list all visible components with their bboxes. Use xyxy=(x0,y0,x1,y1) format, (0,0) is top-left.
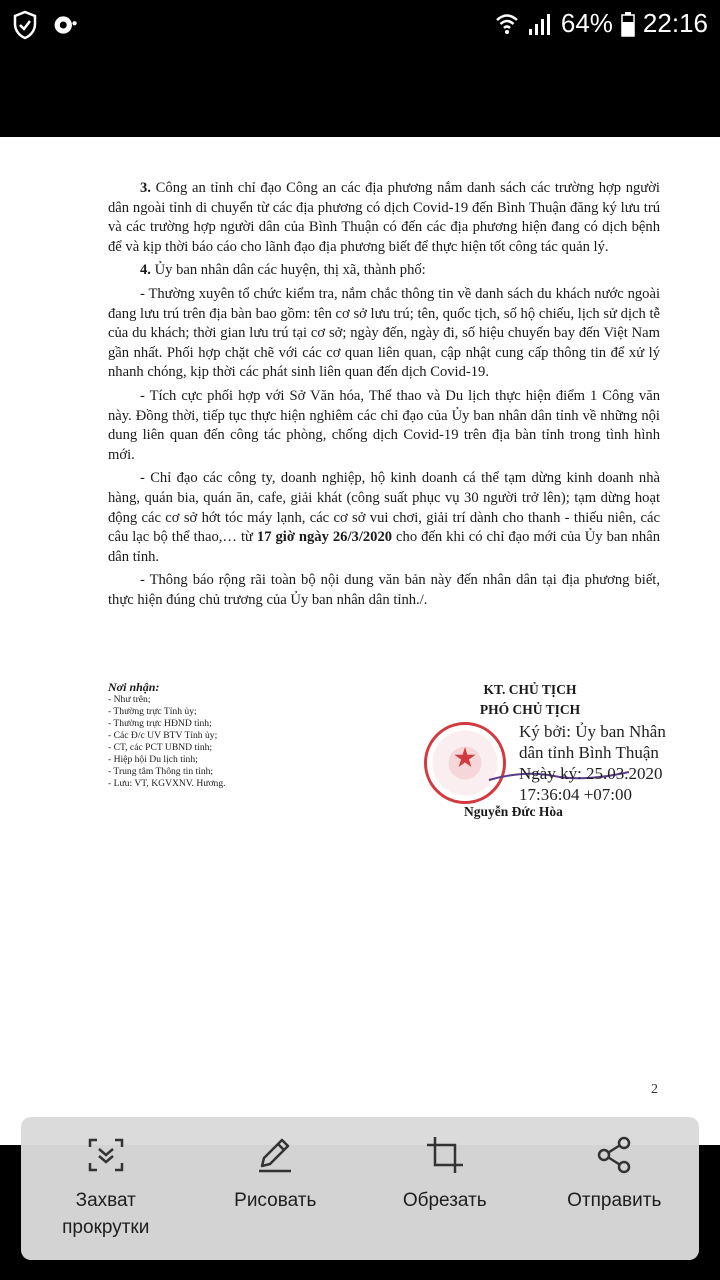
share-button[interactable]: Отправить xyxy=(530,1117,700,1260)
paragraph-4-item-1: - Thường xuyên tổ chức kiểm tra, nắm chắ… xyxy=(108,285,660,383)
recipient: - Trung tâm Thông tin tỉnh; xyxy=(108,766,348,778)
recipient: - Hiệp hội Du lịch tỉnh; xyxy=(108,754,348,766)
document-body: 3. Công an tỉnh chỉ đạo Công an các địa … xyxy=(108,179,660,614)
pencil-icon xyxy=(255,1135,295,1175)
sync-icon xyxy=(52,10,78,40)
scroll-capture-button[interactable]: Захват прокрутки xyxy=(21,1117,191,1260)
paragraph-4-item-3: - Chỉ đạo các công ty, doanh nghiệp, hộ … xyxy=(108,469,660,567)
share-icon xyxy=(594,1135,634,1175)
page-number: 2 xyxy=(651,1082,658,1098)
crop-label: Обрезать xyxy=(403,1187,487,1214)
status-bar: 64% 22:16 xyxy=(0,0,720,52)
clock: 22:16 xyxy=(643,8,708,39)
recipients-list: Nơi nhận: - Như trên; - Thường trực Tỉnh… xyxy=(108,680,348,790)
crop-button[interactable]: Обрезать xyxy=(360,1117,530,1260)
cellular-signal-icon xyxy=(527,11,553,37)
draw-label: Рисовать xyxy=(234,1187,316,1214)
scroll-capture-icon xyxy=(86,1135,126,1175)
shield-icon xyxy=(12,10,38,40)
signer-name: Nguyễn Đức Hòa xyxy=(464,804,563,820)
scroll-capture-label: Захват прокрутки xyxy=(62,1187,149,1241)
recipient: - Lưu: VT, KGVXNV. Hương. xyxy=(108,778,348,790)
crop-icon xyxy=(425,1135,465,1175)
battery-percent: 64% xyxy=(561,8,613,39)
recipient: - CT, các PCT UBND tỉnh; xyxy=(108,742,348,754)
recipient: - Các Đ/c UV BTV Tỉnh ủy; xyxy=(108,730,348,742)
wifi-icon xyxy=(495,11,519,37)
document-page: 3. Công an tỉnh chỉ đạo Công an các địa … xyxy=(0,137,720,1145)
share-label: Отправить xyxy=(567,1187,661,1214)
signature-subtitle: PHÓ CHỦ TỊCH xyxy=(450,700,610,720)
document-footer: Nơi nhận: - Như trên; - Thường trực Tỉnh… xyxy=(108,680,668,830)
smart-capture-toolbar: Захват прокрутки Рисовать Обрезать Отпра… xyxy=(21,1117,699,1260)
paragraph-3: 3. Công an tỉnh chỉ đạo Công an các địa … xyxy=(108,179,660,257)
signature-block: KT. CHỦ TỊCH PHÓ CHỦ TỊCH Ký bởi: Ủy ban… xyxy=(444,680,694,720)
recipient: - Thường trực HĐND tỉnh; xyxy=(108,718,348,730)
recipient: - Như trên; xyxy=(108,694,348,706)
digital-signature-info: Ký bởi: Ủy ban Nhân dân tỉnh Bình Thuận … xyxy=(519,721,666,805)
recipient: - Thường trực Tỉnh ủy; xyxy=(108,706,348,718)
draw-button[interactable]: Рисовать xyxy=(191,1117,361,1260)
recipients-title: Nơi nhận: xyxy=(108,680,348,694)
paragraph-4-item-4: - Thông báo rộng rãi toàn bộ nội dung vă… xyxy=(108,571,660,610)
paragraph-4-item-2: - Tích cực phối hợp với Sở Văn hóa, Thể … xyxy=(108,387,660,465)
paragraph-4: 4. Ủy ban nhân dân các huyện, thị xã, th… xyxy=(108,261,660,281)
battery-icon xyxy=(621,11,635,37)
signature-title: KT. CHỦ TỊCH xyxy=(450,680,610,700)
